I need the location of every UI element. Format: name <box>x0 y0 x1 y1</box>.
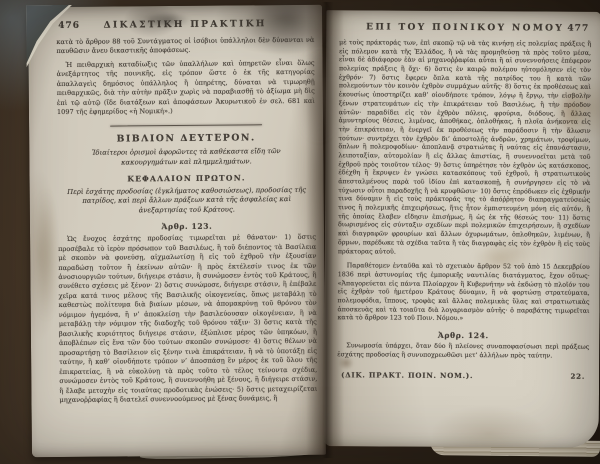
article-123-body-continued: μὲ τοὺς πράκτοράς των, ἐπὶ σκοπῷ τῷ νὰ τ… <box>338 39 591 258</box>
book-subtitle: Ἰδιαίτεροι ὁρισμοὶ ἀφορῶντες τὰ καθέκαστ… <box>63 147 309 168</box>
article-123-heading: Ἀρθρ. 123. <box>58 221 316 232</box>
footer-sheet-number: 22. <box>570 372 585 381</box>
footer-signature: (ΔΙΚ. ΠΡΑΚΤ. ΠΟΙΝ. ΝΟΜ.). <box>341 371 473 381</box>
left-page-content: 476 ΔΙΚΑΣΤΙΚΗ ΠΡΑΚΤΙΚΗ κατὰ τὸ ἄρθρον 88… <box>56 19 317 406</box>
left-page: 476 ΔΙΚΑΣΤΙΚΗ ΠΡΑΚΤΙΚΗ κατὰ τὸ ἄρθρον 88… <box>28 5 326 458</box>
book-heading: ΒΙΒΛΙΟΝ ΔΕΥΤΕΡΟΝ. <box>57 132 315 145</box>
right-page: ΕΠΙ ΤΟΥ ΠΟΙΝΙΚΟΥ ΝΟΜΟΥ 477 μὲ τοὺς πράκτ… <box>324 10 600 448</box>
article-123-body: Ὡς ἔνοχος ἐσχάτης προδοσίας τιμωρεῖται μ… <box>58 233 317 406</box>
chapter-subtitle: Περὶ ἐσχάτης προδοσίας (ἐγκλήματος καθοσ… <box>64 185 310 216</box>
left-page-number: 476 <box>58 21 80 31</box>
right-running-title: ΕΠΙ ΤΟΥ ΠΟΙΝΙΚΟΥ ΝΟΜΟΥ <box>339 22 591 34</box>
paragraph-disciplinary: Ἡ πειθαρχικὴ καταδίωξις τῶν ὑπαλλήλων κα… <box>57 59 315 118</box>
page-footer: (ΔΙΚ. ΠΡΑΚΤ. ΠΟΙΝ. ΝΟΜ.). 22. <box>337 371 589 382</box>
left-running-header: 476 ΔΙΚΑΣΤΙΚΗ ΠΡΑΚΤΙΚΗ <box>56 19 314 34</box>
paragraph-continuation: κατὰ τὸ ἄρθρον 88 τοῦ Συντάγματος οἱ ἰσό… <box>56 36 314 57</box>
right-running-header: ΕΠΙ ΤΟΥ ΠΟΙΝΙΚΟΥ ΝΟΜΟΥ 477 <box>339 22 591 37</box>
note-paragraph: Παραθέτομεν ἐνταῦθα καὶ τὸ σχετικὸν ἄρθρ… <box>337 262 589 324</box>
book-photo: 476 ΔΙΚΑΣΤΙΚΗ ΠΡΑΚΤΙΚΗ κατὰ τὸ ἄρθρον 88… <box>0 0 600 464</box>
right-page-number: 477 <box>567 24 589 34</box>
section-divider <box>110 124 262 127</box>
right-page-content: ΕΠΙ ΤΟΥ ΠΟΙΝΙΚΟΥ ΝΟΜΟΥ 477 μὲ τοὺς πράκτ… <box>337 22 591 381</box>
article-124-body: Συνωμοσία ὑπάρχει, ὅταν δύο ἢ πλείονες σ… <box>337 342 589 361</box>
article-124-heading: Ἀρθρ. 124. <box>337 330 589 341</box>
left-running-title: ΔΙΚΑΣΤΙΚΗ ΠΡΑΚΤΙΚΗ <box>56 19 314 31</box>
chapter-heading: ΚΕΦΑΛΑΙΟΝ ΠΡΩΤΟΝ. <box>58 172 316 183</box>
